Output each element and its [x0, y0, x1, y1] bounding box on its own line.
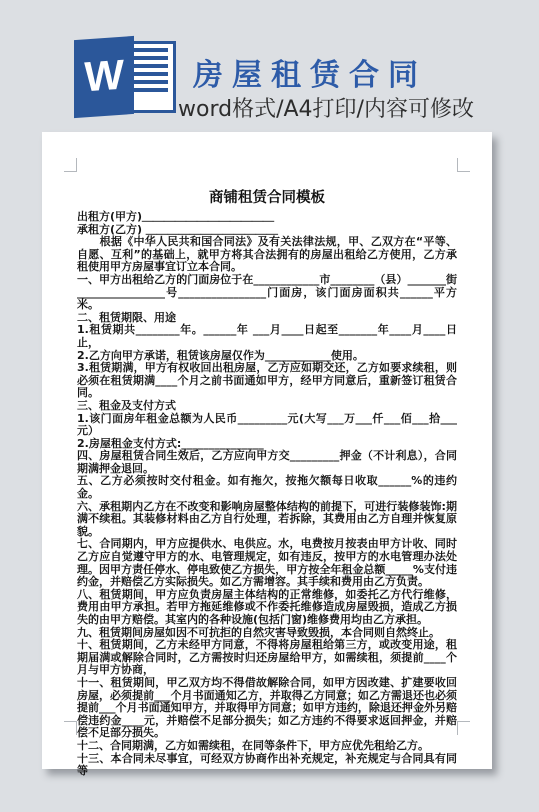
contract-paragraph: 三、租金及支付方式 — [77, 400, 457, 413]
contract-paragraph-list: 出租方(甲方)＿＿＿＿＿＿＿＿＿＿＿＿承租方(乙方) ＿＿＿＿＿＿＿＿＿＿＿＿ … — [77, 211, 457, 778]
contract-paragraph: 七、合同期内，甲方应提供水、电供应。水，电费按月按表由甲方计收、同时乙方应自觉遵… — [77, 538, 457, 588]
contract-paragraph: 八、租赁期间，甲方应负责房屋主体结构的正常维修，如委托乙方代行维修，费用由甲方承… — [77, 589, 457, 627]
contract-paragraph: 十三、本合同未尽事宜，可经双方协商作出补充规定，补充规定与合同具有同等 — [77, 753, 457, 778]
contract-paragraph: 四、房屋租赁合同生效后，乙方应向甲方交_________押金（不计利息），合同期… — [77, 450, 457, 475]
contract-paragraph: 一、甲方出租给乙方的门面房位于在____________市________（县）… — [77, 274, 457, 312]
word-logo-icon: W — [74, 33, 180, 123]
template-preview: W 房屋租赁合同 word格式/A4打印/内容可修改 商铺租赁合同模板 出租方(… — [0, 0, 539, 812]
poster-subtitle: word格式/A4打印/内容可修改 — [178, 92, 474, 123]
margin-crop-mark-bottom-left — [64, 721, 77, 735]
header: W 房屋租赁合同 word格式/A4打印/内容可修改 — [0, 0, 539, 132]
contract-paragraph: 十二、合同期满，乙方如需续租，在同等条件下，甲方应优先租给乙方。 — [77, 740, 457, 753]
document-page: 商铺租赁合同模板 出租方(甲方)＿＿＿＿＿＿＿＿＿＿＿＿承租方(乙方) ＿＿＿＿… — [42, 132, 492, 769]
contract-paragraph: 六、承租期内乙方在不改变和影响房屋整体结构的前提下，可进行装修装饰:期满不续租。… — [77, 501, 457, 539]
contract-paragraph: 1.租赁期共________年。______年 ___月____日起至_____… — [77, 324, 457, 349]
word-logo-letter: W — [74, 36, 134, 118]
contract-paragraph: 出租方(甲方)＿＿＿＿＿＿＿＿＿＿＿＿ — [77, 211, 457, 224]
word-logo-cover: W — [74, 36, 134, 118]
contract-paragraph: 十、租赁期间，乙方未经甲方同意，不得将房屋租给第三方，或改变用途，租期届满或解除… — [77, 639, 457, 677]
contract-paragraph: 五、乙方必须按时交付租金。如有拖欠，按拖欠额每日收取______%的违约金。 — [77, 475, 457, 500]
contract-paragraph: 3.租赁期满，甲方有权收回出租房屋，乙方应如期交还，乙方如要求续租，则必须在租赁… — [77, 362, 457, 400]
poster-title: 房屋租赁合同 — [193, 50, 427, 94]
contract-paragraph: 十一、租赁期间，甲乙双方均不得借故解除合同，如甲方因改建、扩建要收回房屋，必须提… — [77, 677, 457, 740]
document-title: 商铺租赁合同模板 — [77, 186, 457, 207]
margin-crop-mark-bottom-right — [457, 721, 470, 735]
contract-paragraph: 1.该门面房年租金总额为人民币_________元(大写___万___仟___佰… — [77, 413, 457, 438]
contract-paragraph: 根据《中华人民共和国合同法》及有关法律法规，甲、乙双方在“平等、自愿、互利”的基… — [77, 236, 457, 274]
margin-crop-mark-top-left — [64, 158, 77, 172]
document-body: 商铺租赁合同模板 出租方(甲方)＿＿＿＿＿＿＿＿＿＿＿＿承租方(乙方) ＿＿＿＿… — [77, 186, 457, 778]
margin-crop-mark-top-right — [457, 158, 470, 172]
